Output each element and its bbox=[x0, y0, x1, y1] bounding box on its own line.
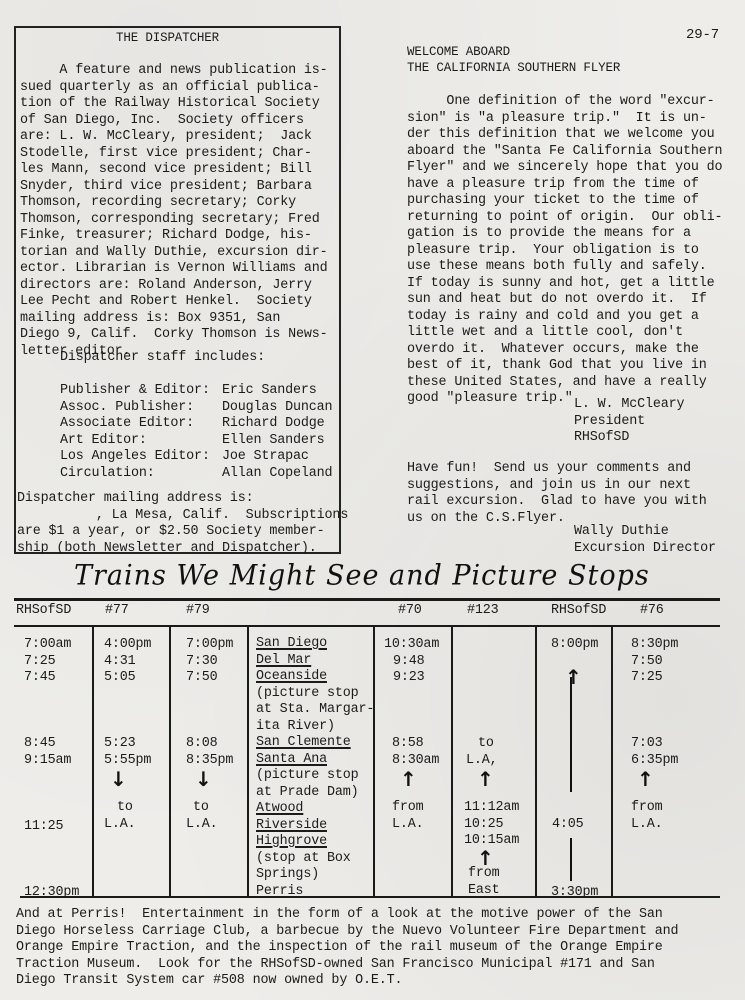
mailing-line: Dispatcher mailing address is: bbox=[17, 491, 348, 508]
time-cell: 10:25 bbox=[464, 817, 503, 834]
time-cell: 7:30 bbox=[186, 654, 218, 671]
time-cell: 8:30pm bbox=[631, 637, 678, 654]
mailing-line: are $1 a year, or $2.50 Society member- bbox=[17, 524, 348, 541]
station-name: (stop at Box bbox=[256, 851, 351, 866]
staff-role: Circulation: bbox=[60, 466, 222, 483]
staff-row: Los Angeles Editor:Joe Strapac bbox=[60, 449, 332, 466]
mailing-line: ship (both Newsletter and Dispatcher). bbox=[17, 541, 348, 558]
body-line: A feature and news publication is- bbox=[20, 63, 340, 80]
station-row: San Clemente bbox=[256, 735, 374, 752]
body-line: If today is sunny and hot, get a little bbox=[407, 276, 722, 293]
time-cell: 11:25 bbox=[24, 819, 63, 836]
station-row: at Prade Dam) bbox=[256, 785, 374, 802]
note-cell: L.A. bbox=[631, 817, 663, 834]
arrow-up-icon: ↑ bbox=[477, 767, 494, 791]
time-cell: 7:50 bbox=[631, 654, 663, 671]
station-row: ita River) bbox=[256, 719, 374, 736]
station-name: Springs) bbox=[256, 867, 319, 882]
body-line: les Mann, second vice president; Bill bbox=[20, 162, 340, 179]
column-header: RHSofSD bbox=[16, 603, 71, 620]
body-line: der this definition that we welcome you bbox=[407, 127, 722, 144]
staff-name: Joe Strapac bbox=[222, 449, 309, 466]
staff-name: Richard Dodge bbox=[222, 416, 325, 433]
station-name: Santa Ana bbox=[256, 752, 327, 767]
station-name: Del Mar bbox=[256, 653, 311, 668]
note-cell: from bbox=[631, 800, 663, 817]
time-cell: 7:45 bbox=[24, 670, 56, 687]
body-line: Lee Pecht and Robert Henkel. Society bbox=[20, 294, 340, 311]
time-cell: 7:03 bbox=[631, 736, 663, 753]
page-number: 29-7 bbox=[686, 27, 719, 44]
station-row: (stop at Box bbox=[256, 851, 374, 868]
column-header: #76 bbox=[640, 603, 664, 620]
time-cell: 7:25 bbox=[631, 670, 663, 687]
body-line: sun and heat but do not overdo it. If bbox=[407, 292, 722, 309]
body-line: have a pleasure trip from the time of bbox=[407, 177, 722, 194]
time-cell: 8:58 bbox=[392, 736, 424, 753]
mailing-line: , La Mesa, Calif. Subscriptions bbox=[17, 508, 348, 525]
station-list: San DiegoDel MarOceanside(picture stopat… bbox=[256, 636, 374, 900]
body-line: of San Diego, Inc. Society officers bbox=[20, 113, 340, 130]
time-cell: 7:25 bbox=[24, 654, 56, 671]
column-header: #79 bbox=[186, 603, 210, 620]
header-rule bbox=[14, 625, 720, 627]
note-cell: to bbox=[193, 800, 209, 817]
dispatcher-body: A feature and news publication is-sued q… bbox=[20, 63, 340, 360]
footer-line: Diego Transit System car #508 now owned … bbox=[16, 973, 678, 990]
body-line: use these means both fully and safely. bbox=[407, 259, 722, 276]
body-line: little wet and a little cool, don't bbox=[407, 325, 722, 342]
column-header: RHSofSD bbox=[551, 603, 606, 620]
body-line: rail excursion. Glad to have you with bbox=[407, 494, 707, 511]
body-line: suggestions, and join us in our next bbox=[407, 478, 707, 495]
column-divider bbox=[535, 627, 537, 897]
time-cell: 9:23 bbox=[393, 670, 425, 687]
station-name: Oceanside bbox=[256, 669, 327, 684]
signature-line: President bbox=[574, 414, 684, 431]
body-line: these United States, and have a really bbox=[407, 375, 722, 392]
time-cell: 7:00am bbox=[24, 637, 71, 654]
body-line: torian and Wally Duthie, excursion dir- bbox=[20, 245, 340, 262]
body-line: purchasing your ticket to the time of bbox=[407, 193, 722, 210]
station-name: at Prade Dam) bbox=[256, 785, 359, 800]
body-line: Flyer" and we sincerely hope that you do bbox=[407, 160, 722, 177]
note-cell: L.A. bbox=[186, 817, 218, 834]
station-row: Riverside bbox=[256, 818, 374, 835]
staff-role: Associate Editor: bbox=[60, 416, 222, 433]
time-cell: 9:15am bbox=[24, 753, 71, 770]
station-name: (picture stop bbox=[256, 768, 359, 783]
time-cell: 4:05 bbox=[552, 817, 584, 834]
body-line: pleasure trip. Your obligation is to bbox=[407, 243, 722, 260]
time-cell: 8:00pm bbox=[551, 637, 598, 654]
note-cell: L.A. bbox=[104, 817, 136, 834]
time-cell: 4:00pm bbox=[104, 637, 151, 654]
long-arrow-line bbox=[570, 677, 572, 793]
station-name: Highgrove bbox=[256, 834, 327, 849]
station-name: Perris bbox=[256, 884, 303, 899]
signature-line: L. W. McCleary bbox=[574, 397, 684, 414]
body-line: directors are: Roland Anderson, Jerry bbox=[20, 278, 340, 295]
welcome-body: One definition of the word "excur-sion" … bbox=[407, 94, 722, 408]
body-line: today is rainy and cold and you get a bbox=[407, 309, 722, 326]
staff-row: Circulation:Allan Copeland bbox=[60, 466, 332, 483]
station-row: Atwood bbox=[256, 801, 374, 818]
time-cell: 4:31 bbox=[104, 654, 136, 671]
time-cell: 7:00pm bbox=[186, 637, 233, 654]
footer-paragraph: And at Perris! Entertainment in the form… bbox=[16, 907, 678, 990]
body-line: Stodelle, first vice president; Char- bbox=[20, 146, 340, 163]
station-name: (picture stop bbox=[256, 686, 359, 701]
column-divider bbox=[247, 627, 249, 897]
mailing-info: Dispatcher mailing address is: , La Mesa… bbox=[17, 491, 348, 557]
staff-name: Allan Copeland bbox=[222, 466, 332, 483]
note-cell: to bbox=[117, 800, 133, 817]
station-row: (picture stop bbox=[256, 686, 374, 703]
signature-president: L. W. McClearyPresidentRHSofSD bbox=[574, 397, 684, 447]
station-row: Oceanside bbox=[256, 669, 374, 686]
station-name: San Clemente bbox=[256, 735, 351, 750]
staff-name: Douglas Duncan bbox=[222, 400, 332, 417]
time-cell: 5:05 bbox=[104, 670, 136, 687]
staff-row: Associate Editor:Richard Dodge bbox=[60, 416, 332, 433]
column-divider bbox=[169, 627, 171, 897]
arrow-up-icon: ↑ bbox=[637, 767, 654, 791]
heading-line: THE CALIFORNIA SOUTHERN FLYER bbox=[407, 60, 620, 76]
body-line: sued quarterly as an official publica- bbox=[20, 80, 340, 97]
body-line: mailing address is: Box 9351, San bbox=[20, 311, 340, 328]
signature-excursion-director: Wally DuthieExcursion Director bbox=[574, 524, 716, 557]
signature-line: RHSofSD bbox=[574, 430, 684, 447]
signature-line: Excursion Director bbox=[574, 541, 716, 558]
station-row: (picture stop bbox=[256, 768, 374, 785]
staff-role: Art Editor: bbox=[60, 433, 222, 450]
staff-list: Publisher & Editor:Eric SandersAssoc. Pu… bbox=[60, 383, 332, 482]
staff-intro: Dispatcher staff includes: bbox=[60, 350, 265, 367]
body-line: gation is to provide the means for a bbox=[407, 226, 722, 243]
newsletter-page: 29-7 THE DISPATCHER A feature and news p… bbox=[0, 0, 745, 1000]
arrow-down-icon: ↓ bbox=[195, 767, 212, 791]
body-line: aboard the "Santa Fe California Southern bbox=[407, 144, 722, 161]
timetable-top-rule bbox=[14, 598, 720, 601]
station-row: Springs) bbox=[256, 867, 374, 884]
body-line: Diego 9, Calif. Corky Thomson is News- bbox=[20, 327, 340, 344]
footer-line: Traction Museum. Look for the RHSofSD-ow… bbox=[16, 957, 678, 974]
station-name: at Sta. Margar- bbox=[256, 702, 374, 717]
time-cell: 10:30am bbox=[384, 637, 439, 654]
body-line: ector. Librarian is Vernon Williams and bbox=[20, 261, 340, 278]
body-line: best of it, thank God that you live in bbox=[407, 358, 722, 375]
time-cell: 9:48 bbox=[393, 654, 425, 671]
station-name: Riverside bbox=[256, 818, 327, 833]
footer-line: And at Perris! Entertainment in the form… bbox=[16, 907, 678, 924]
note-cell: from bbox=[392, 800, 424, 817]
station-name: San Diego bbox=[256, 636, 327, 651]
staff-name: Eric Sanders bbox=[222, 383, 317, 400]
dispatcher-title: THE DISPATCHER bbox=[116, 30, 219, 47]
staff-role: Publisher & Editor: bbox=[60, 383, 222, 400]
body-line: Thomson, recording secretary; Corky bbox=[20, 195, 340, 212]
staff-row: Art Editor:Ellen Sanders bbox=[60, 433, 332, 450]
body-line: sion" is "a pleasure trip." It is un- bbox=[407, 111, 722, 128]
body-line: are: L. W. McCleary, president; Jack bbox=[20, 129, 340, 146]
column-header: #70 bbox=[398, 603, 422, 620]
arrow-up-icon: ↑ bbox=[400, 767, 417, 791]
arrow-up-icon: ↑ bbox=[565, 665, 582, 689]
body-line: One definition of the word "excur- bbox=[407, 94, 722, 111]
heading-line: WELCOME ABOARD bbox=[407, 44, 620, 60]
time-cell: 7:50 bbox=[186, 670, 218, 687]
body-line: tion of the Railway Historical Society bbox=[20, 96, 340, 113]
time-cell: 12:30pm bbox=[24, 885, 79, 902]
note-cell: to bbox=[478, 736, 494, 753]
arrow-down-icon: ↓ bbox=[110, 767, 127, 791]
footer-line: Diego Horseless Carriage Club, a barbecu… bbox=[16, 924, 678, 941]
long-arrow-line bbox=[570, 838, 572, 881]
note-cell: L.A. bbox=[392, 817, 424, 834]
body-line: returning to point of origin. Our obli- bbox=[407, 210, 722, 227]
note-cell: from bbox=[468, 866, 500, 883]
body-line: overdo it. Whatever occurs, make the bbox=[407, 342, 722, 359]
column-divider bbox=[451, 627, 453, 897]
staff-row: Assoc. Publisher:Douglas Duncan bbox=[60, 400, 332, 417]
station-row: Santa Ana bbox=[256, 752, 374, 769]
body-line: Finke, treasurer; Richard Dodge, his- bbox=[20, 228, 340, 245]
welcome-heading: WELCOME ABOARDTHE CALIFORNIA SOUTHERN FL… bbox=[407, 44, 620, 76]
column-header: #77 bbox=[105, 603, 129, 620]
body-line: Have fun! Send us your comments and bbox=[407, 461, 707, 478]
column-divider bbox=[611, 627, 613, 897]
staff-role: Los Angeles Editor: bbox=[60, 449, 222, 466]
timetable-heading: Trains We Might See and Picture Stops bbox=[74, 559, 650, 592]
column-divider bbox=[92, 627, 94, 897]
body-line: Thomson, corresponding secretary; Fred bbox=[20, 212, 340, 229]
station-name: ita River) bbox=[256, 719, 335, 734]
station-name: Atwood bbox=[256, 801, 303, 816]
footer-line: Orange Empire Traction, and the inspecti… bbox=[16, 940, 678, 957]
station-row: Perris bbox=[256, 884, 374, 901]
time-cell: 3:30pm bbox=[551, 885, 598, 902]
closing-paragraph: Have fun! Send us your comments andsugge… bbox=[407, 461, 707, 527]
column-header: #123 bbox=[467, 603, 499, 620]
station-row: Del Mar bbox=[256, 653, 374, 670]
time-cell: 8:08 bbox=[186, 736, 218, 753]
staff-role: Assoc. Publisher: bbox=[60, 400, 222, 417]
body-line: Snyder, third vice president; Barbara bbox=[20, 179, 340, 196]
time-cell: 8:45 bbox=[24, 736, 56, 753]
station-row: at Sta. Margar- bbox=[256, 702, 374, 719]
staff-name: Ellen Sanders bbox=[222, 433, 325, 450]
dispatcher-info-box: THE DISPATCHER A feature and news public… bbox=[14, 26, 341, 554]
signature-line: Wally Duthie bbox=[574, 524, 716, 541]
note-cell: East bbox=[468, 883, 500, 900]
station-row: Highgrove bbox=[256, 834, 374, 851]
station-row: San Diego bbox=[256, 636, 374, 653]
staff-row: Publisher & Editor:Eric Sanders bbox=[60, 383, 332, 400]
time-cell: 5:23 bbox=[104, 736, 136, 753]
time-cell: 11:12am bbox=[464, 800, 519, 817]
